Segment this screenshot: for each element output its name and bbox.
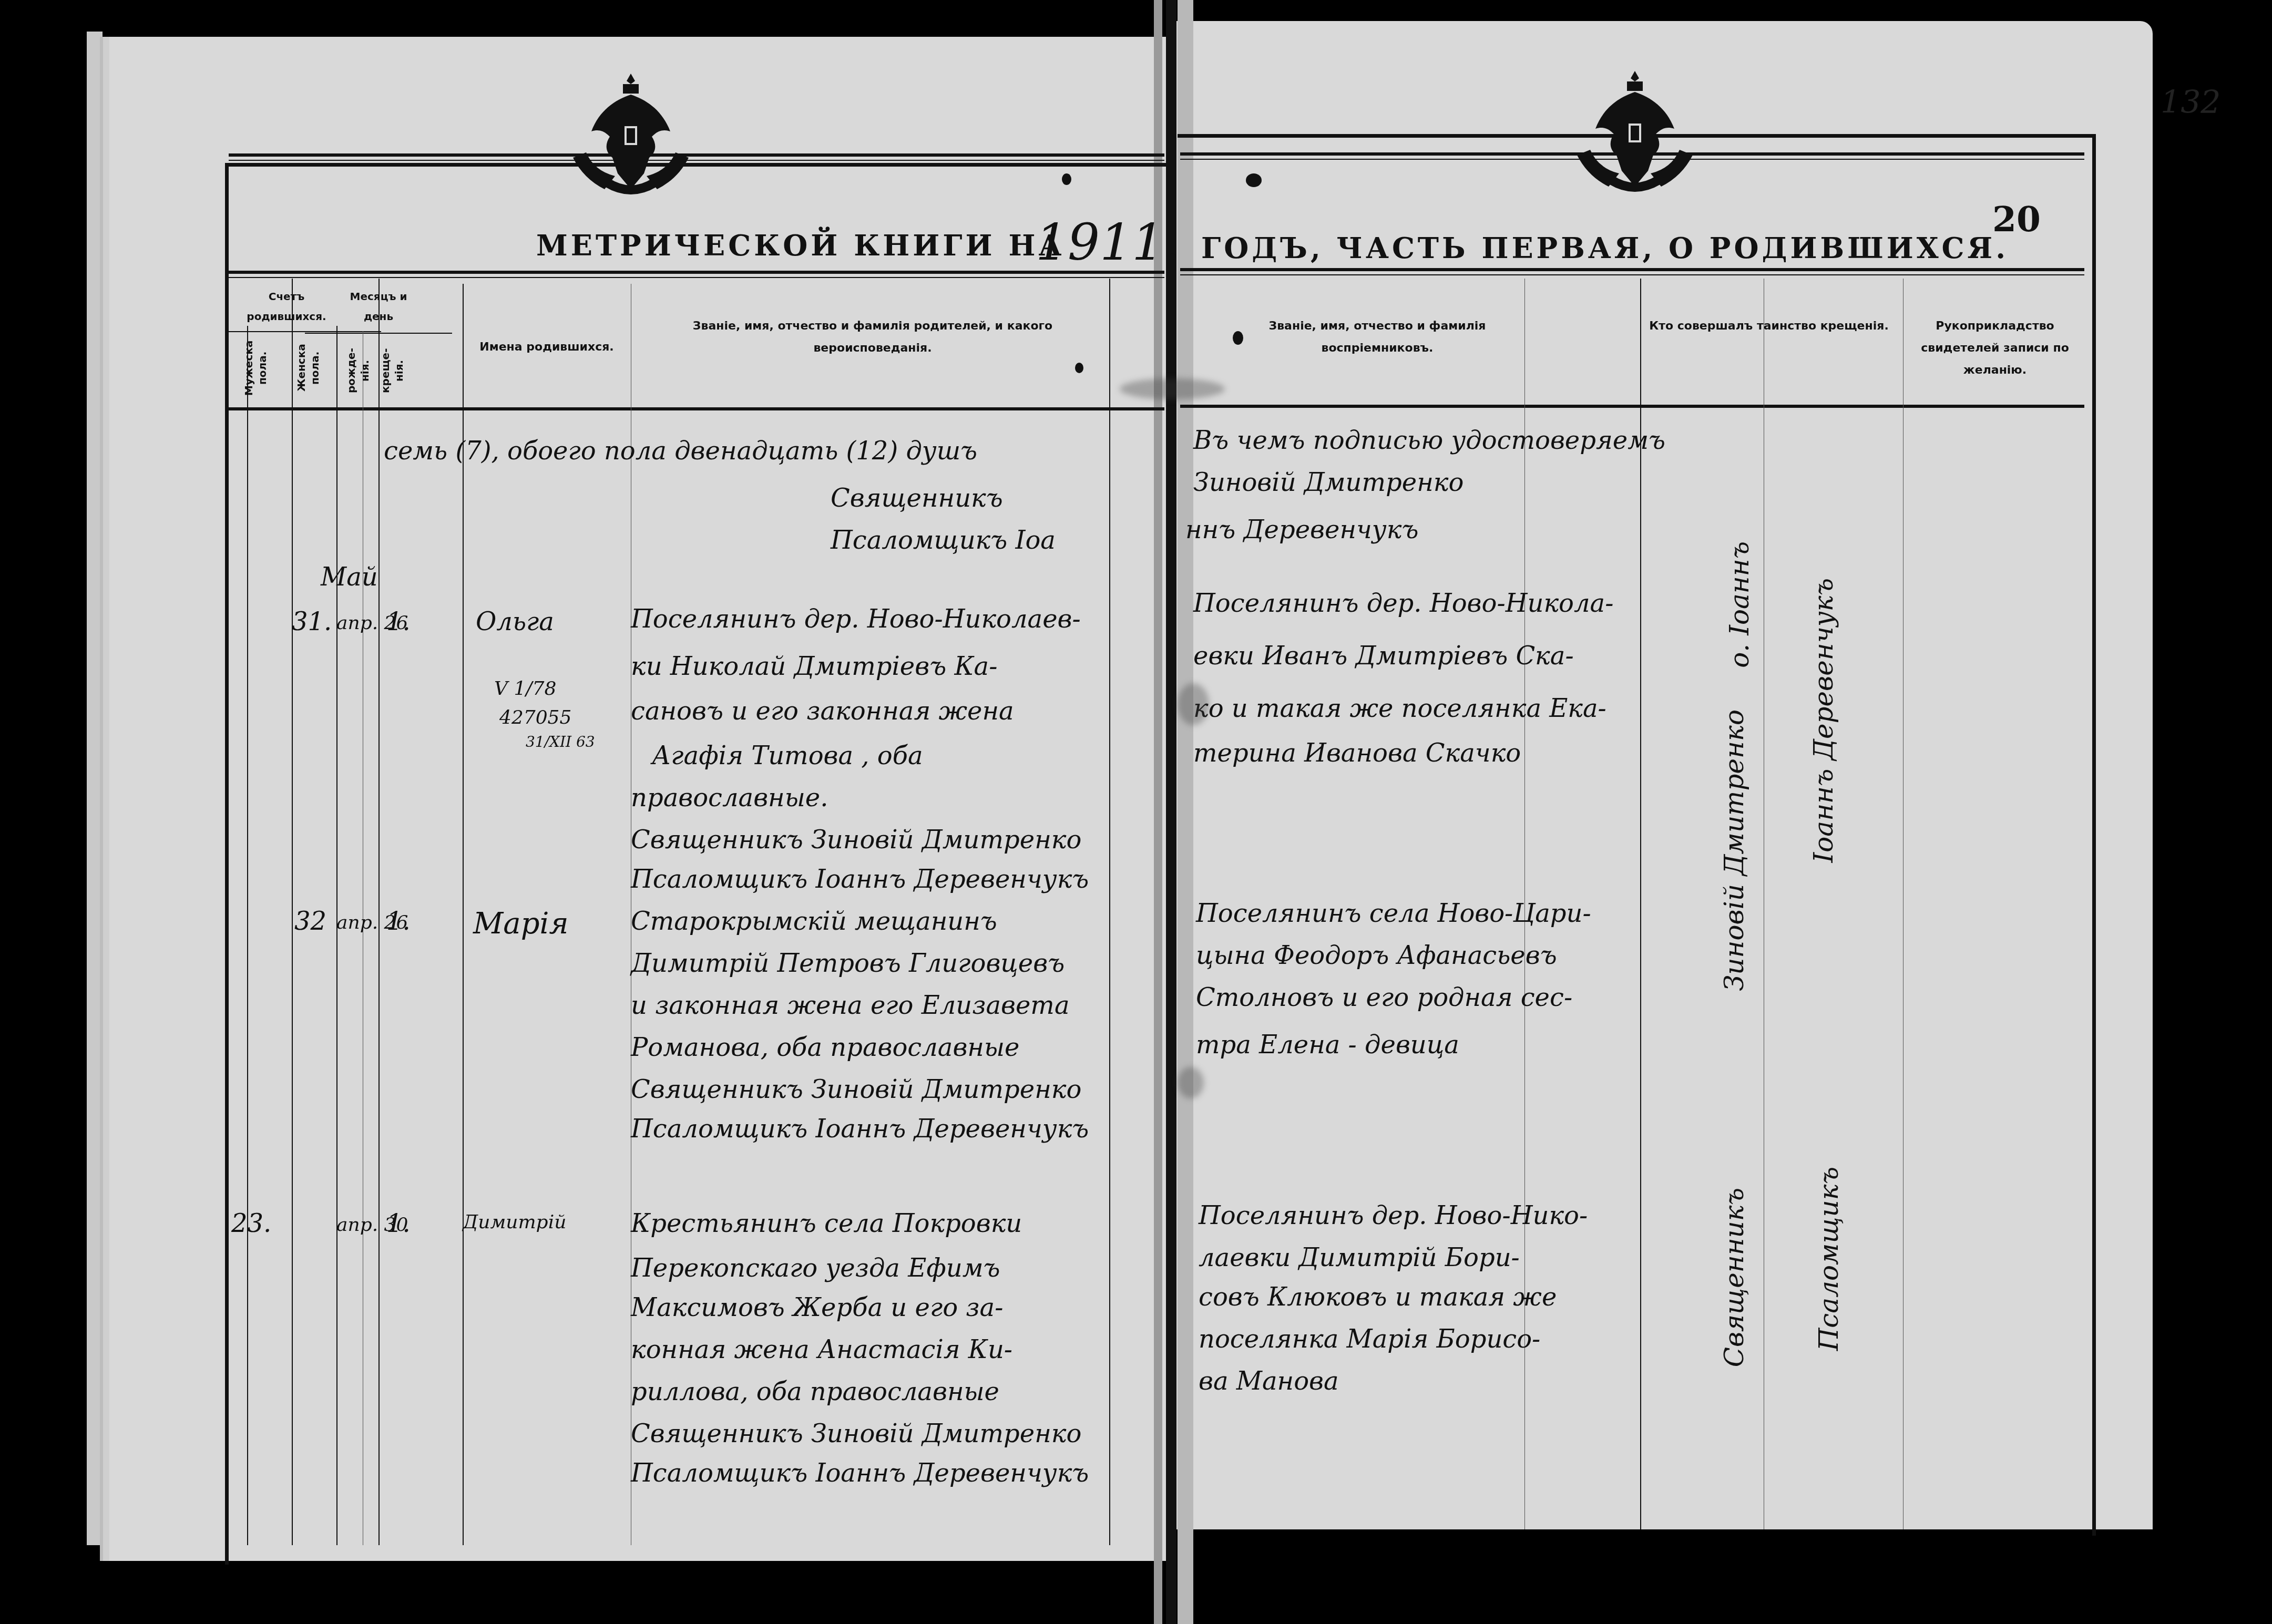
margin-note: V 1/78 [494,678,556,700]
parents-line: Димитрій Петровъ Глиговцевъ [631,949,1065,978]
godparents-line: евки Иванъ Дмитріевъ Ска- [1193,641,1574,671]
col-divider [336,326,337,1545]
col-divider [363,331,363,1545]
godparents-line: ко и такая же поселянка Ека- [1193,694,1606,723]
title-top-rule [229,153,1164,157]
folio-number: 132 [2161,84,2221,121]
godparents-line: Поселянинъ села Ново-Цари- [1196,899,1591,928]
header-count-group: Счетъ родившихся. [234,286,339,326]
entry-name: Ольга [476,607,554,636]
col-divider [1764,279,1764,1529]
entry-male-no: 23. [231,1209,271,1238]
title-bottom-rule-right [1180,268,2084,271]
entry-baptism-day: 1. [386,907,411,936]
godparents-line: Столновъ и его родная сес- [1196,983,1572,1012]
entry-female-no: 32 [294,907,326,936]
carryover-line: Псаломщикъ Іоа [831,526,1056,555]
col-divider [463,284,464,1545]
parents-line: Псаломщикъ Іоаннъ Деревенчукъ [631,1458,1089,1488]
header-birth-date: рожде-нія. [344,342,372,399]
col-divider [1640,279,1641,1529]
parents-line: ки Николай Дмитріевъ Ка- [631,652,997,681]
header-date-group: Месяцъ и день [342,286,415,326]
margin-note: 427055 [499,707,571,728]
officiant-signature: Зиновій Дмитренко [1719,710,1749,991]
title-bottom-rule [229,271,1164,274]
ink-blot [1233,331,1243,345]
ink-blot [1062,173,1071,185]
parents-line: Священникъ Зиновій Дмитренко [631,1075,1081,1104]
page-number: 20 [1992,199,2041,240]
ink-blot [1075,363,1083,373]
ink-blot [1246,173,1262,187]
entry-name: Димитрій [463,1211,566,1233]
binding-thread-mark [1178,1067,1204,1098]
psalmist-signature: Псаломщикъ [1814,1167,1844,1351]
header-godparents: Званіе, имя, отчество и фамилія воспріем… [1241,315,1514,359]
entry-baptism-day: 1. [386,1209,411,1238]
parents-line: Старокрымскій мещанинъ [631,907,997,936]
header-baptism-date: креще-нія. [378,342,406,399]
year-handwritten: 1911. [1036,213,1180,272]
col-divider [1903,279,1903,1529]
header-count-female: Женска пола. [294,336,322,399]
margin-note: 31/XII 63 [526,733,595,751]
godparents-line: тра Елена - девица [1196,1030,1459,1060]
parents-line: Романова, оба православные [631,1033,1019,1062]
parents-line: Поселянинъ дер. Ново-Николаев- [631,604,1081,634]
header-count-male: Мужеска пола. [242,336,269,399]
count-subheader-rule [229,331,381,332]
book-title-left: МЕТРИЧЕСКОЙ КНИГИ НА [536,229,1065,262]
col-divider [292,279,293,1545]
parents-line: Максимовъ Жерба и его за- [631,1293,1003,1322]
godparents-line: ва Манова [1199,1366,1339,1396]
parents-line: Священникъ Зиновій Дмитренко [631,825,1081,855]
carryover-line: Зиновій Дмитренко [1193,468,1464,497]
parents-line: конная жена Анастасія Ки- [631,1335,1012,1364]
godparents-line: Поселянинъ дер. Ново-Никола- [1193,589,1613,618]
parents-line: Священникъ Зиновій Дмитренко [631,1419,1081,1448]
parents-line: Псаломщикъ Іоаннъ Деревенчукъ [631,865,1089,894]
godparents-line: совъ Клюковъ и такая же [1199,1282,1557,1312]
godparents-line: Поселянинъ дер. Ново-Нико- [1199,1201,1588,1230]
godparents-line: лаевки Димитрій Бори- [1199,1243,1520,1272]
imperial-eagle-icon [568,68,694,205]
entry-female-no: 31. [292,607,332,636]
header-witnesses: Рукоприкладство свидетелей записи по жел… [1898,315,2092,381]
entry-month: Май [321,562,378,592]
carryover-line: Священникъ [831,484,1003,513]
header-parents: Званіе, имя, отчество и фамилія родителе… [636,315,1109,359]
parents-line: Перекопскаго уезда Ефимъ [631,1253,1000,1283]
parents-line: Крестьянинъ села Покровки [631,1209,1022,1238]
godparents-line: поселянка Марія Борисо- [1199,1324,1540,1354]
parents-line: риллова, оба православные [631,1377,999,1406]
carryover-line: Въ чемъ подписью удостоверяемъ [1193,426,1665,455]
parents-line: Агафія Титова , оба [652,741,923,770]
officiant-signature: Священникъ [1719,1188,1749,1367]
binding-thread-mark [1120,378,1225,399]
parents-line: сановъ и его законная жена [631,696,1014,726]
col-divider [1109,279,1110,1545]
parents-line: и законная жена его Елизавета [631,991,1070,1020]
parents-line: Псаломщикъ Іоаннъ Деревенчукъ [631,1114,1089,1144]
imperial-eagle-icon-right [1572,66,1698,202]
header-officiant: Кто совершалъ таинство крещенія. [1643,315,1895,337]
header-bottom-rule [229,407,1164,410]
parents-line: православные. [631,783,828,813]
carryover-line: ннъ Деревенчукъ [1185,515,1418,544]
header-bottom-rule-right [1180,405,2084,408]
binding-thread-mark [1178,683,1209,725]
title-top-rule-right [1180,152,2084,156]
godparents-line: терина Иванова Скачко [1193,738,1521,768]
psalmist-signature: Іоаннъ Деревенчукъ [1808,578,1839,863]
carryover-line: семь (7), обоего пола двенадцать (12) ду… [384,436,977,466]
godparents-line: цына Феодоръ Афанасьевъ [1196,941,1557,970]
entry-name: Марія [473,907,569,941]
entry-baptism-day: 1. [386,607,411,636]
book-title-right: ГОДЪ, ЧАСТЬ ПЕРВАЯ, О РОДИВШИХСЯ. [1201,231,2009,265]
header-names: Имена родившихся. [465,336,628,358]
officiant-signature: о. Іоаннъ [1724,541,1755,668]
col-divider [247,326,248,1545]
